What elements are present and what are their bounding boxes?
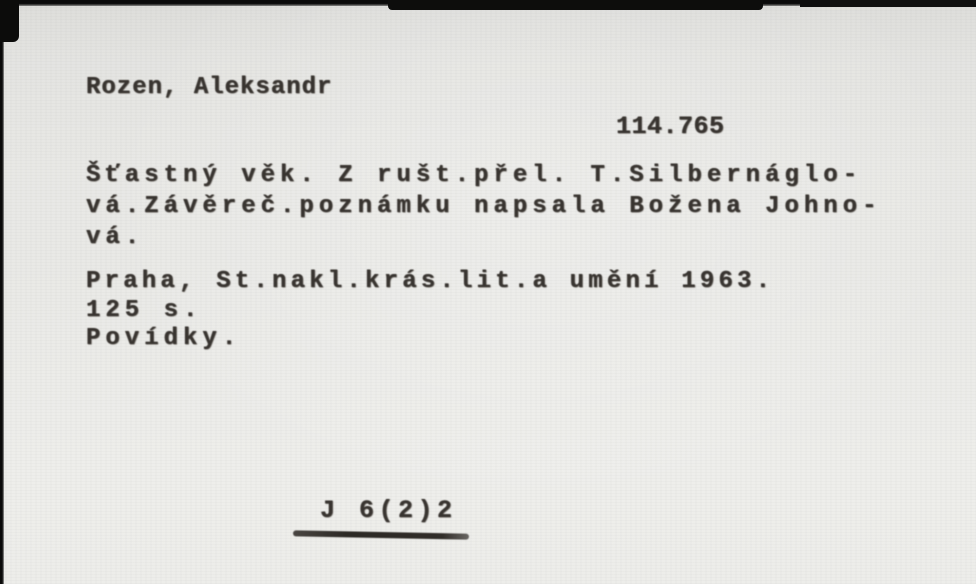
shelf-mark: J 6(2)2 bbox=[320, 496, 457, 525]
scan-edge-top-right bbox=[800, 0, 976, 7]
title-line-2: vá.Závěreč.poznámku napsala Božena Johno… bbox=[86, 193, 882, 220]
pages-line: 125 s. bbox=[86, 297, 202, 324]
call-number: 114.765 bbox=[616, 112, 725, 141]
genre-line: Povídky. bbox=[86, 325, 241, 352]
scan-edge-top-middle bbox=[388, 0, 763, 10]
scan-edge-left bbox=[0, 0, 4, 584]
typewritten-text-layer: Rozen, Aleksandr 114.765 Šťastný věk. Z … bbox=[0, 0, 976, 584]
author-heading: Rozen, Aleksandr bbox=[86, 74, 332, 101]
card-paper: Rozen, Aleksandr 114.765 Šťastný věk. Z … bbox=[0, 0, 976, 584]
imprint-line: Praha, St.nakl.krás.lit.a umění 1963. bbox=[86, 268, 774, 295]
title-line-1: Šťastný věk. Z rušt.přel. T.Silbernáglo- bbox=[86, 162, 862, 189]
scan-corner-block bbox=[0, 0, 19, 42]
catalog-card-scan: Rozen, Aleksandr 114.765 Šťastný věk. Z … bbox=[0, 0, 976, 584]
title-line-3: vá. bbox=[86, 224, 144, 251]
shelf-mark-underline bbox=[293, 530, 469, 539]
